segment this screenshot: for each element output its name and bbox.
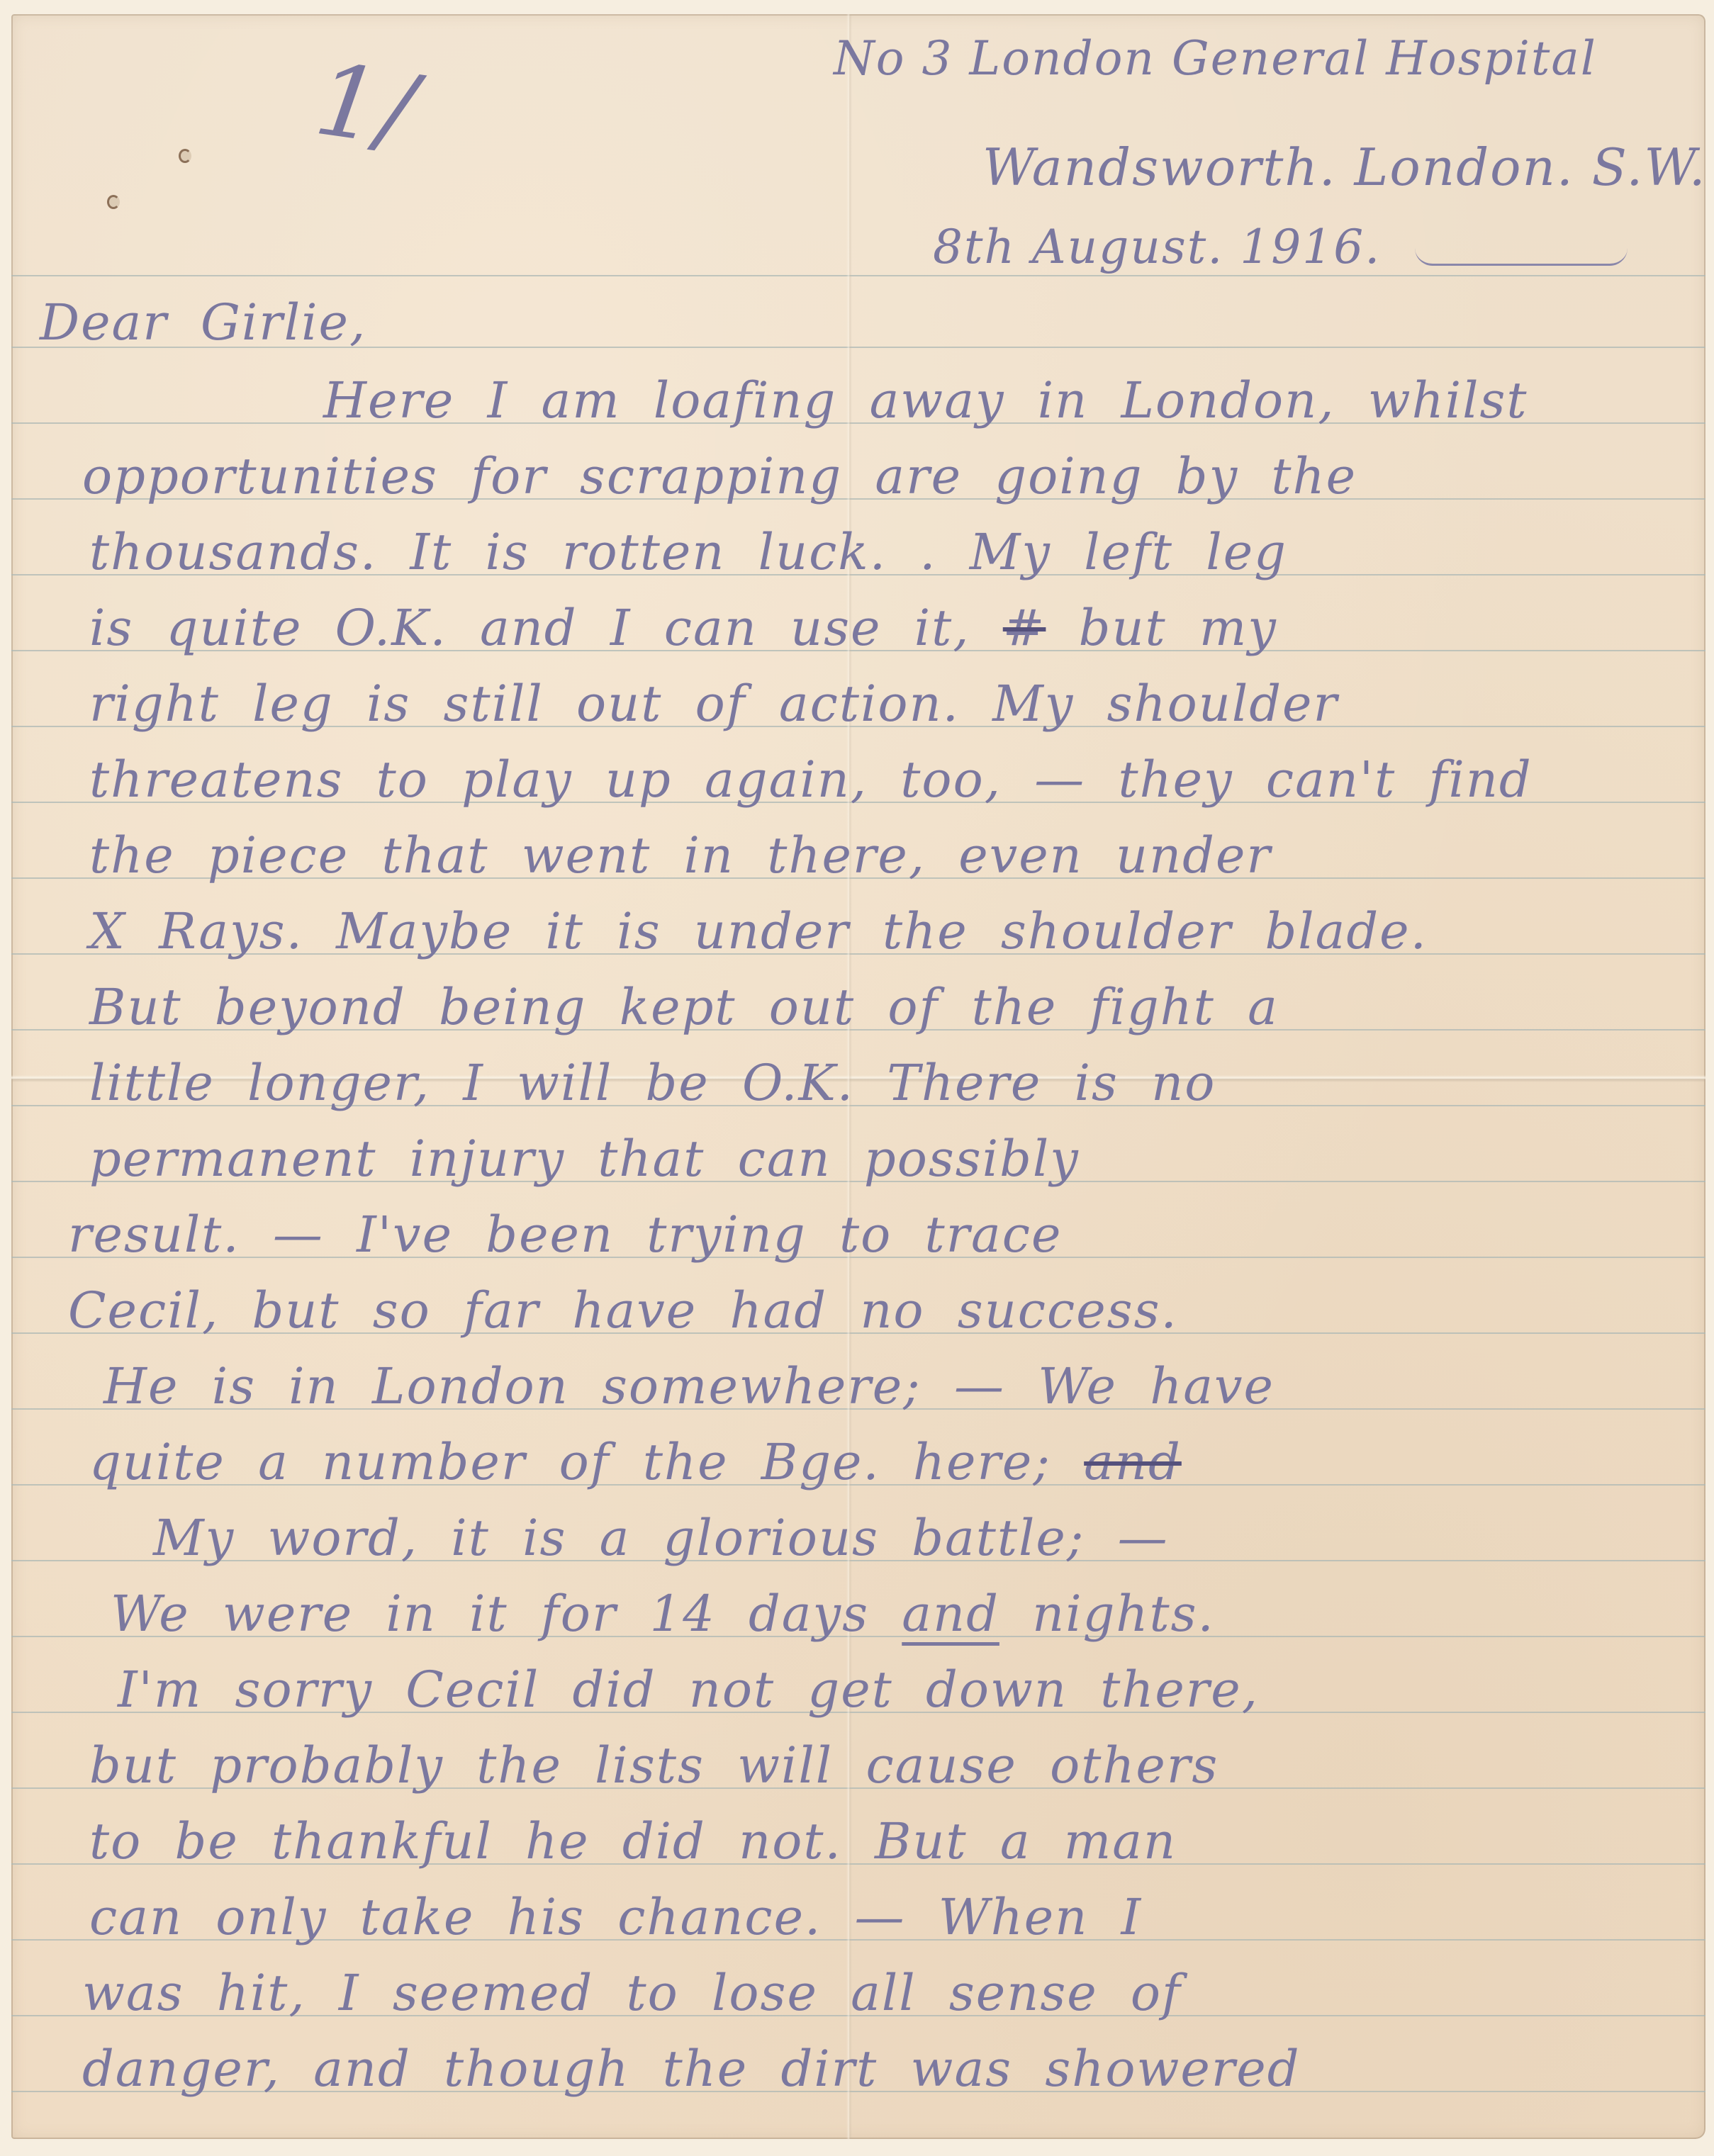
- line-text: is quite O.K. and I can use it,: [89, 599, 1003, 657]
- letter-line-6: threatens to play up again, too, — they …: [89, 755, 1533, 804]
- letter-line-19: but probably the lists will cause others: [89, 1741, 1219, 1790]
- letter-line-18: I'm sorry Cecil did not get down there,: [118, 1665, 1259, 1714]
- crossed-out-text: and: [1084, 1433, 1182, 1491]
- letter-line-3: thousands. It is rotten luck. . My left …: [89, 527, 1287, 577]
- letter-line-23: danger, and though the dirt was showered: [82, 2044, 1301, 2094]
- address-line-2: Wandsworth. London. S.W.: [982, 142, 1707, 193]
- line-text: We were in it for 14 days: [111, 1585, 902, 1643]
- pin-hole-mark: [179, 149, 191, 163]
- letter-line-16: My word, it is a glorious battle; —: [153, 1513, 1169, 1563]
- line-text: quite a number of the Bge. here;: [89, 1433, 1084, 1491]
- letter-line-13: Cecil, but so far have had no success.: [68, 1286, 1178, 1335]
- ruled-line: [11, 275, 1705, 276]
- crossed-out-text: #: [1003, 599, 1046, 657]
- letter-line-12: result. — I've been trying to trace: [68, 1210, 1062, 1259]
- date-flourish: [1415, 248, 1628, 266]
- letter-line-1: Here I am loafing away in London, whilst: [323, 376, 1528, 425]
- letter-line-17: We were in it for 14 days and nights.: [111, 1589, 1215, 1639]
- letter-line-10: little longer, I will be O.K. There is n…: [89, 1058, 1216, 1108]
- letter-line-22: was hit, I seemed to lose all sense of: [82, 1968, 1182, 2018]
- letter-date: 8th August. 1916.: [933, 224, 1381, 271]
- letter-line-5: right leg is still out of action. My sho…: [89, 679, 1338, 729]
- letter-line-9: But beyond being kept out of the fight a: [89, 982, 1279, 1032]
- salutation: Dear Girlie,: [40, 298, 366, 347]
- letter-line-8: X Rays. Maybe it is under the shoulder b…: [89, 906, 1428, 956]
- line-text: nights.: [999, 1585, 1215, 1643]
- letter-line-7: the piece that went in there, even under: [89, 831, 1272, 880]
- letter-page: 1/ No 3 London General Hospital Wandswor…: [11, 14, 1705, 2139]
- line-text: but my: [1046, 599, 1277, 657]
- letter-line-15: quite a number of the Bge. here; and: [89, 1437, 1182, 1487]
- letter-line-2: opportunities for scrapping are going by…: [82, 451, 1357, 501]
- pin-hole-mark: [107, 195, 120, 209]
- underlined-text: and: [902, 1585, 999, 1643]
- letter-line-21: can only take his chance. — When I: [89, 1892, 1142, 1942]
- letter-line-4: is quite O.K. and I can use it, # but my: [89, 603, 1277, 653]
- letter-line-14: He is in London somewhere; — We have: [103, 1361, 1275, 1411]
- letter-line-20: to be thankful he did not. But a man: [89, 1817, 1177, 1866]
- page-number-mark: 1/: [310, 50, 422, 162]
- address-line-1: No 3 London General Hospital: [834, 35, 1597, 82]
- letter-line-11: permanent injury that can possibly: [89, 1134, 1080, 1184]
